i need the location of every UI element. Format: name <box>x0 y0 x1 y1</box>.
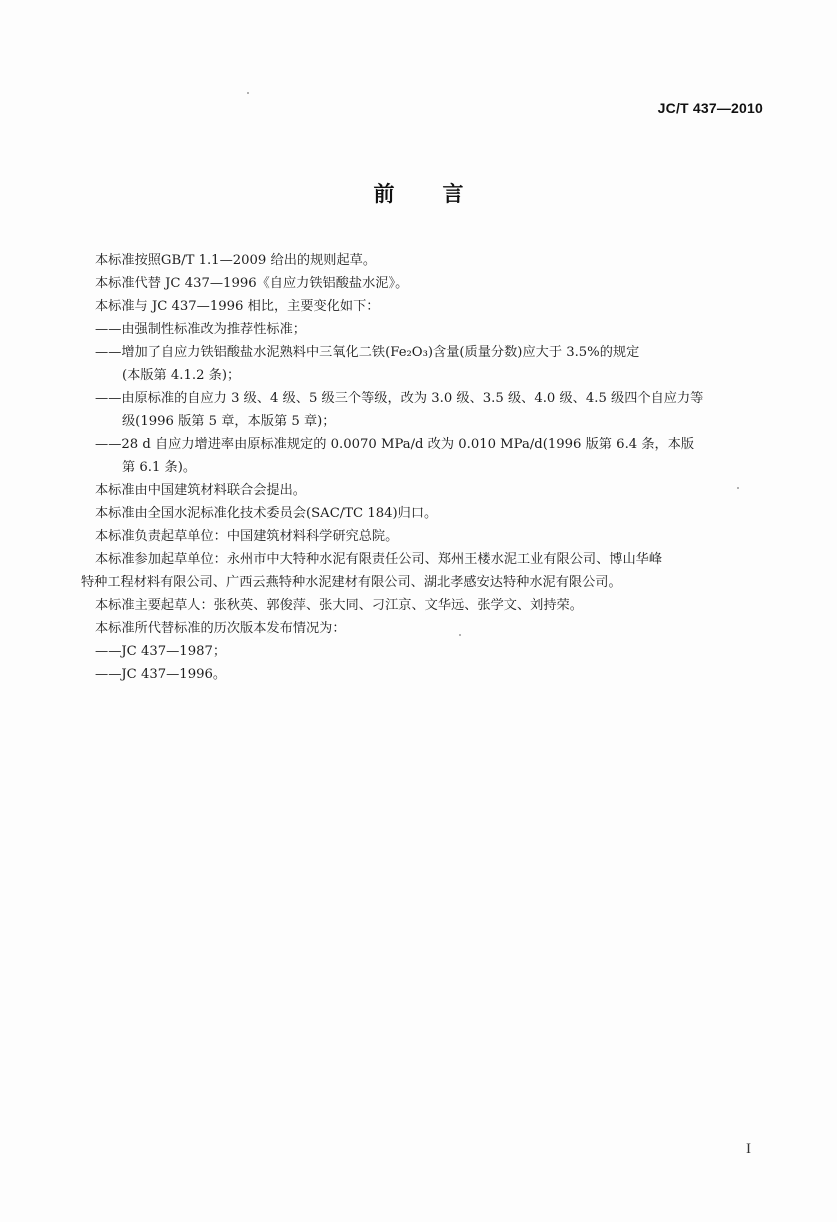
foreword-body: 本标准按照GB/T 1.1—2009 给出的规则起草。 本标准代替 JC 437… <box>95 249 767 686</box>
change-item-3: ——由原标准的自应力 3 级、4 级、5 级三个等级，改为 3.0 级、3.5 … <box>95 387 767 410</box>
scan-speck <box>737 487 739 489</box>
standard-code: JC/T 437—2010 <box>658 100 763 116</box>
paragraph-under-jurisdiction: 本标准由全国水泥标准化技术委员会(SAC/TC 184)归口。 <box>95 502 767 525</box>
history-item-1987: ——JC 437—1987； <box>95 640 767 663</box>
change-item-3-cont: 级(1996 版第 5 章，本版第 5 章)； <box>95 410 767 433</box>
change-item-1: ——由强制性标准改为推荐性标准； <box>95 318 767 341</box>
scan-speck <box>459 634 461 636</box>
paragraph-lead-drafter: 本标准负责起草单位：中国建筑材料科学研究总院。 <box>95 525 767 548</box>
history-item-1996: ——JC 437—1996。 <box>95 663 767 686</box>
paragraph-participating-units-cont: 特种工程材料有限公司、广西云燕特种水泥建材有限公司、湖北孝感安达特种水泥有限公司… <box>81 571 767 594</box>
paragraph-drafting-rules: 本标准按照GB/T 1.1—2009 给出的规则起草。 <box>95 249 767 272</box>
document-page: JC/T 437—2010 前言 本标准按照GB/T 1.1—2009 给出的规… <box>0 0 837 1222</box>
paragraph-changes-intro: 本标准与 JC 437—1996 相比，主要变化如下： <box>95 295 767 318</box>
change-item-2-cont: (本版第 4.1.2 条)； <box>95 364 767 387</box>
scan-speck <box>247 92 249 94</box>
page-number: I <box>746 1141 751 1158</box>
paragraph-history-intro: 本标准所代替标准的历次版本发布情况为： <box>95 617 767 640</box>
paragraph-proposed-by: 本标准由中国建筑材料联合会提出。 <box>95 479 767 502</box>
change-item-4-cont: 第 6.1 条)。 <box>95 456 767 479</box>
title-char-2: 言 <box>443 178 464 208</box>
paragraph-replaces: 本标准代替 JC 437—1996《自应力铁铝酸盐水泥》。 <box>95 272 767 295</box>
paragraph-participating-units: 本标准参加起草单位：永州市中大特种水泥有限责任公司、郑州王楼水泥工业有限公司、博… <box>95 548 767 571</box>
page-title: 前言 <box>0 178 837 208</box>
paragraph-main-drafters: 本标准主要起草人：张秋英、郭俊萍、张大同、刁江京、文华远、张学文、刘持荣。 <box>95 594 767 617</box>
change-item-4: ——28 d 自应力增进率由原标准规定的 0.0070 MPa/d 改为 0.0… <box>95 433 767 456</box>
change-item-2: ——增加了自应力铁铝酸盐水泥熟料中三氧化二铁(Fe₂O₃)含量(质量分数)应大于… <box>95 341 767 364</box>
title-char-1: 前 <box>374 178 395 208</box>
